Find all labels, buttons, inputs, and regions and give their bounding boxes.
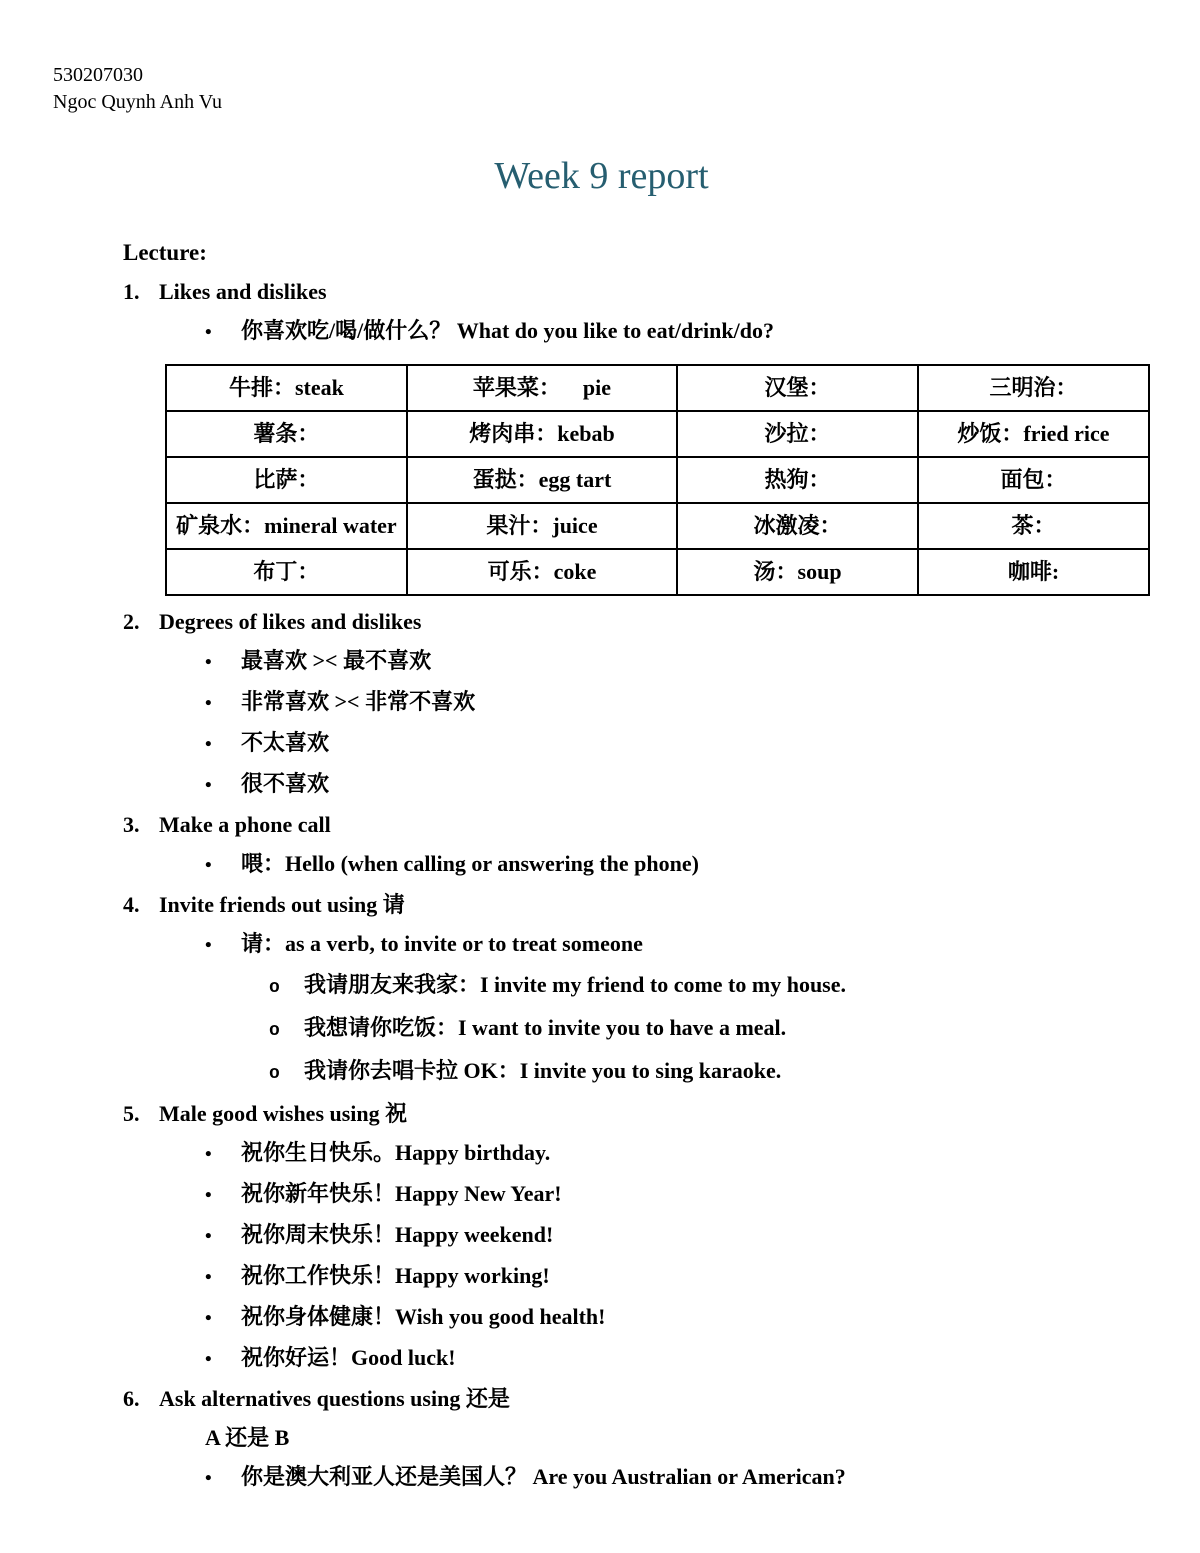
vocab-cell: 咖啡: (918, 549, 1149, 595)
bullet-marker: • (205, 1340, 241, 1379)
bullet-text: 你喜欢吃/喝/做什么？ What do you like to eat/drin… (241, 311, 774, 350)
table-row: 牛排：steak 苹果菜： pie 汉堡： 三明治： (166, 365, 1149, 411)
lecture-heading: Lecture: (123, 234, 1150, 272)
vocab-cell: 茶： (918, 503, 1149, 549)
vocab-cell: 矿泉水：mineral water (166, 503, 407, 549)
vocab-cell: 热狗： (677, 457, 918, 503)
sub-bullet-text: 我请朋友来我家：I invite my friend to come to my… (304, 965, 846, 1004)
bullet-item: • 非常喜欢 >< 非常不喜欢 (123, 682, 1150, 723)
sub-bullet-marker: o (269, 1012, 304, 1051)
student-name: Ngoc Quynh Anh Vu (53, 89, 1150, 116)
section-number: 4. (123, 885, 159, 924)
bullet-marker: • (205, 313, 241, 352)
section-number: 6. (123, 1379, 159, 1418)
vocab-cell: 苹果菜： pie (407, 365, 677, 411)
bullet-marker: • (205, 684, 241, 723)
vocab-cell: 冰激凌： (677, 503, 918, 549)
bullet-marker: • (205, 1459, 241, 1498)
vocab-cell: 布丁： (166, 549, 407, 595)
bullet-text: 祝你周末快乐！Happy weekend! (241, 1215, 553, 1254)
section-heading-3: 3. Make a phone call (123, 805, 1150, 844)
bullet-text: 不太喜欢 (241, 723, 329, 762)
section-heading-2: 2. Degrees of likes and dislikes (123, 602, 1150, 641)
plain-line: A 还是 B (123, 1418, 1150, 1457)
vocab-table: 牛排：steak 苹果菜： pie 汉堡： 三明治： 薯条： 烤肉串：kebab… (165, 364, 1150, 596)
vocab-cell: 薯条： (166, 411, 407, 457)
bullet-item: • 祝你身体健康！Wish you good health! (123, 1297, 1150, 1338)
bullet-marker: • (205, 725, 241, 764)
bullet-text: 祝你生日快乐。Happy birthday. (241, 1133, 550, 1172)
bullet-marker: • (205, 1217, 241, 1256)
bullet-marker: • (205, 1258, 241, 1297)
document-body: Lecture: 1. Likes and dislikes • 你喜欢吃/喝/… (123, 234, 1150, 1498)
section-number: 1. (123, 272, 159, 311)
sub-bullet-item: o 我想请你吃饭：I want to invite you to have a … (123, 1008, 1150, 1051)
bullet-text: 祝你工作快乐！Happy working! (241, 1256, 550, 1295)
bullet-item: • 最喜欢 >< 最不喜欢 (123, 641, 1150, 682)
sub-bullet-text: 我请你去唱卡拉 OK：I invite you to sing karaoke. (304, 1051, 781, 1090)
section-heading-1: 1. Likes and dislikes (123, 272, 1150, 311)
bullet-text: 祝你好运！Good luck! (241, 1338, 456, 1377)
vocab-cell: 汉堡： (677, 365, 918, 411)
table-row: 薯条： 烤肉串：kebab 沙拉： 炒饭：fried rice (166, 411, 1149, 457)
section-heading-6: 6. Ask alternatives questions using 还是 (123, 1379, 1150, 1418)
sub-bullet-item: o 我请你去唱卡拉 OK：I invite you to sing karaok… (123, 1051, 1150, 1094)
bullet-marker: • (205, 1299, 241, 1338)
bullet-text: 祝你新年快乐！Happy New Year! (241, 1174, 562, 1213)
bullet-text: 喂：Hello (when calling or answering the p… (241, 844, 699, 883)
bullet-item: • 你喜欢吃/喝/做什么？ What do you like to eat/dr… (123, 311, 1150, 352)
section-title: Ask alternatives questions using 还是 (159, 1379, 1150, 1418)
section-number: 5. (123, 1094, 159, 1133)
bullet-text: 非常喜欢 >< 非常不喜欢 (241, 682, 475, 721)
sub-bullet-marker: o (269, 1055, 304, 1094)
vocab-cell: 三明治： (918, 365, 1149, 411)
section-heading-4: 4. Invite friends out using 请 (123, 885, 1150, 924)
vocab-cell: 可乐：coke (407, 549, 677, 595)
bullet-item: • 很不喜欢 (123, 764, 1150, 805)
section-title: Likes and dislikes (159, 272, 1150, 311)
sub-bullet-marker: o (269, 969, 304, 1008)
bullet-item: • 你是澳大利亚人还是美国人？ Are you Australian or Am… (123, 1457, 1150, 1498)
vocab-cell: 汤：soup (677, 549, 918, 595)
bullet-text: 最喜欢 >< 最不喜欢 (241, 641, 431, 680)
bullet-marker: • (205, 846, 241, 885)
page-title: Week 9 report (53, 152, 1150, 200)
table-row: 比萨： 蛋挞：egg tart 热狗： 面包： (166, 457, 1149, 503)
bullet-item: • 不太喜欢 (123, 723, 1150, 764)
bullet-marker: • (205, 766, 241, 805)
section-title: Make a phone call (159, 805, 1150, 844)
bullet-text: 请：as a verb, to invite or to treat someo… (241, 924, 643, 963)
vocab-cell: 烤肉串：kebab (407, 411, 677, 457)
table-row: 布丁： 可乐：coke 汤：soup 咖啡: (166, 549, 1149, 595)
vocab-cell: 牛排：steak (166, 365, 407, 411)
sub-bullet-item: o 我请朋友来我家：I invite my friend to come to … (123, 965, 1150, 1008)
bullet-marker: • (205, 926, 241, 965)
bullet-item: • 祝你新年快乐！Happy New Year! (123, 1174, 1150, 1215)
bullet-item: • 祝你工作快乐！Happy working! (123, 1256, 1150, 1297)
vocab-cell: 沙拉： (677, 411, 918, 457)
bullet-item: • 祝你周末快乐！Happy weekend! (123, 1215, 1150, 1256)
bullet-item: • 喂：Hello (when calling or answering the… (123, 844, 1150, 885)
bullet-marker: • (205, 643, 241, 682)
vocab-cell: 蛋挞：egg tart (407, 457, 677, 503)
section-number: 2. (123, 602, 159, 641)
section-heading-5: 5. Male good wishes using 祝 (123, 1094, 1150, 1133)
section-title: Degrees of likes and dislikes (159, 602, 1150, 641)
student-id: 530207030 (53, 62, 1150, 89)
vocab-cell: 果汁：juice (407, 503, 677, 549)
vocab-cell: 面包： (918, 457, 1149, 503)
section-title: Male good wishes using 祝 (159, 1094, 1150, 1133)
bullet-marker: • (205, 1176, 241, 1215)
vocab-cell: 炒饭：fried rice (918, 411, 1149, 457)
section-number: 3. (123, 805, 159, 844)
bullet-item: • 请：as a verb, to invite or to treat som… (123, 924, 1150, 965)
table-row: 矿泉水：mineral water 果汁：juice 冰激凌： 茶： (166, 503, 1149, 549)
bullet-marker: • (205, 1135, 241, 1174)
bullet-item: • 祝你生日快乐。Happy birthday. (123, 1133, 1150, 1174)
bullet-item: • 祝你好运！Good luck! (123, 1338, 1150, 1379)
bullet-text: 你是澳大利亚人还是美国人？ Are you Australian or Amer… (241, 1457, 846, 1496)
bullet-text: 很不喜欢 (241, 764, 329, 803)
section-title: Invite friends out using 请 (159, 885, 1150, 924)
document-page: 530207030 Ngoc Quynh Anh Vu Week 9 repor… (0, 0, 1200, 1553)
vocab-cell: 比萨： (166, 457, 407, 503)
sub-bullet-text: 我想请你吃饭：I want to invite you to have a me… (304, 1008, 786, 1047)
bullet-text: 祝你身体健康！Wish you good health! (241, 1297, 605, 1336)
